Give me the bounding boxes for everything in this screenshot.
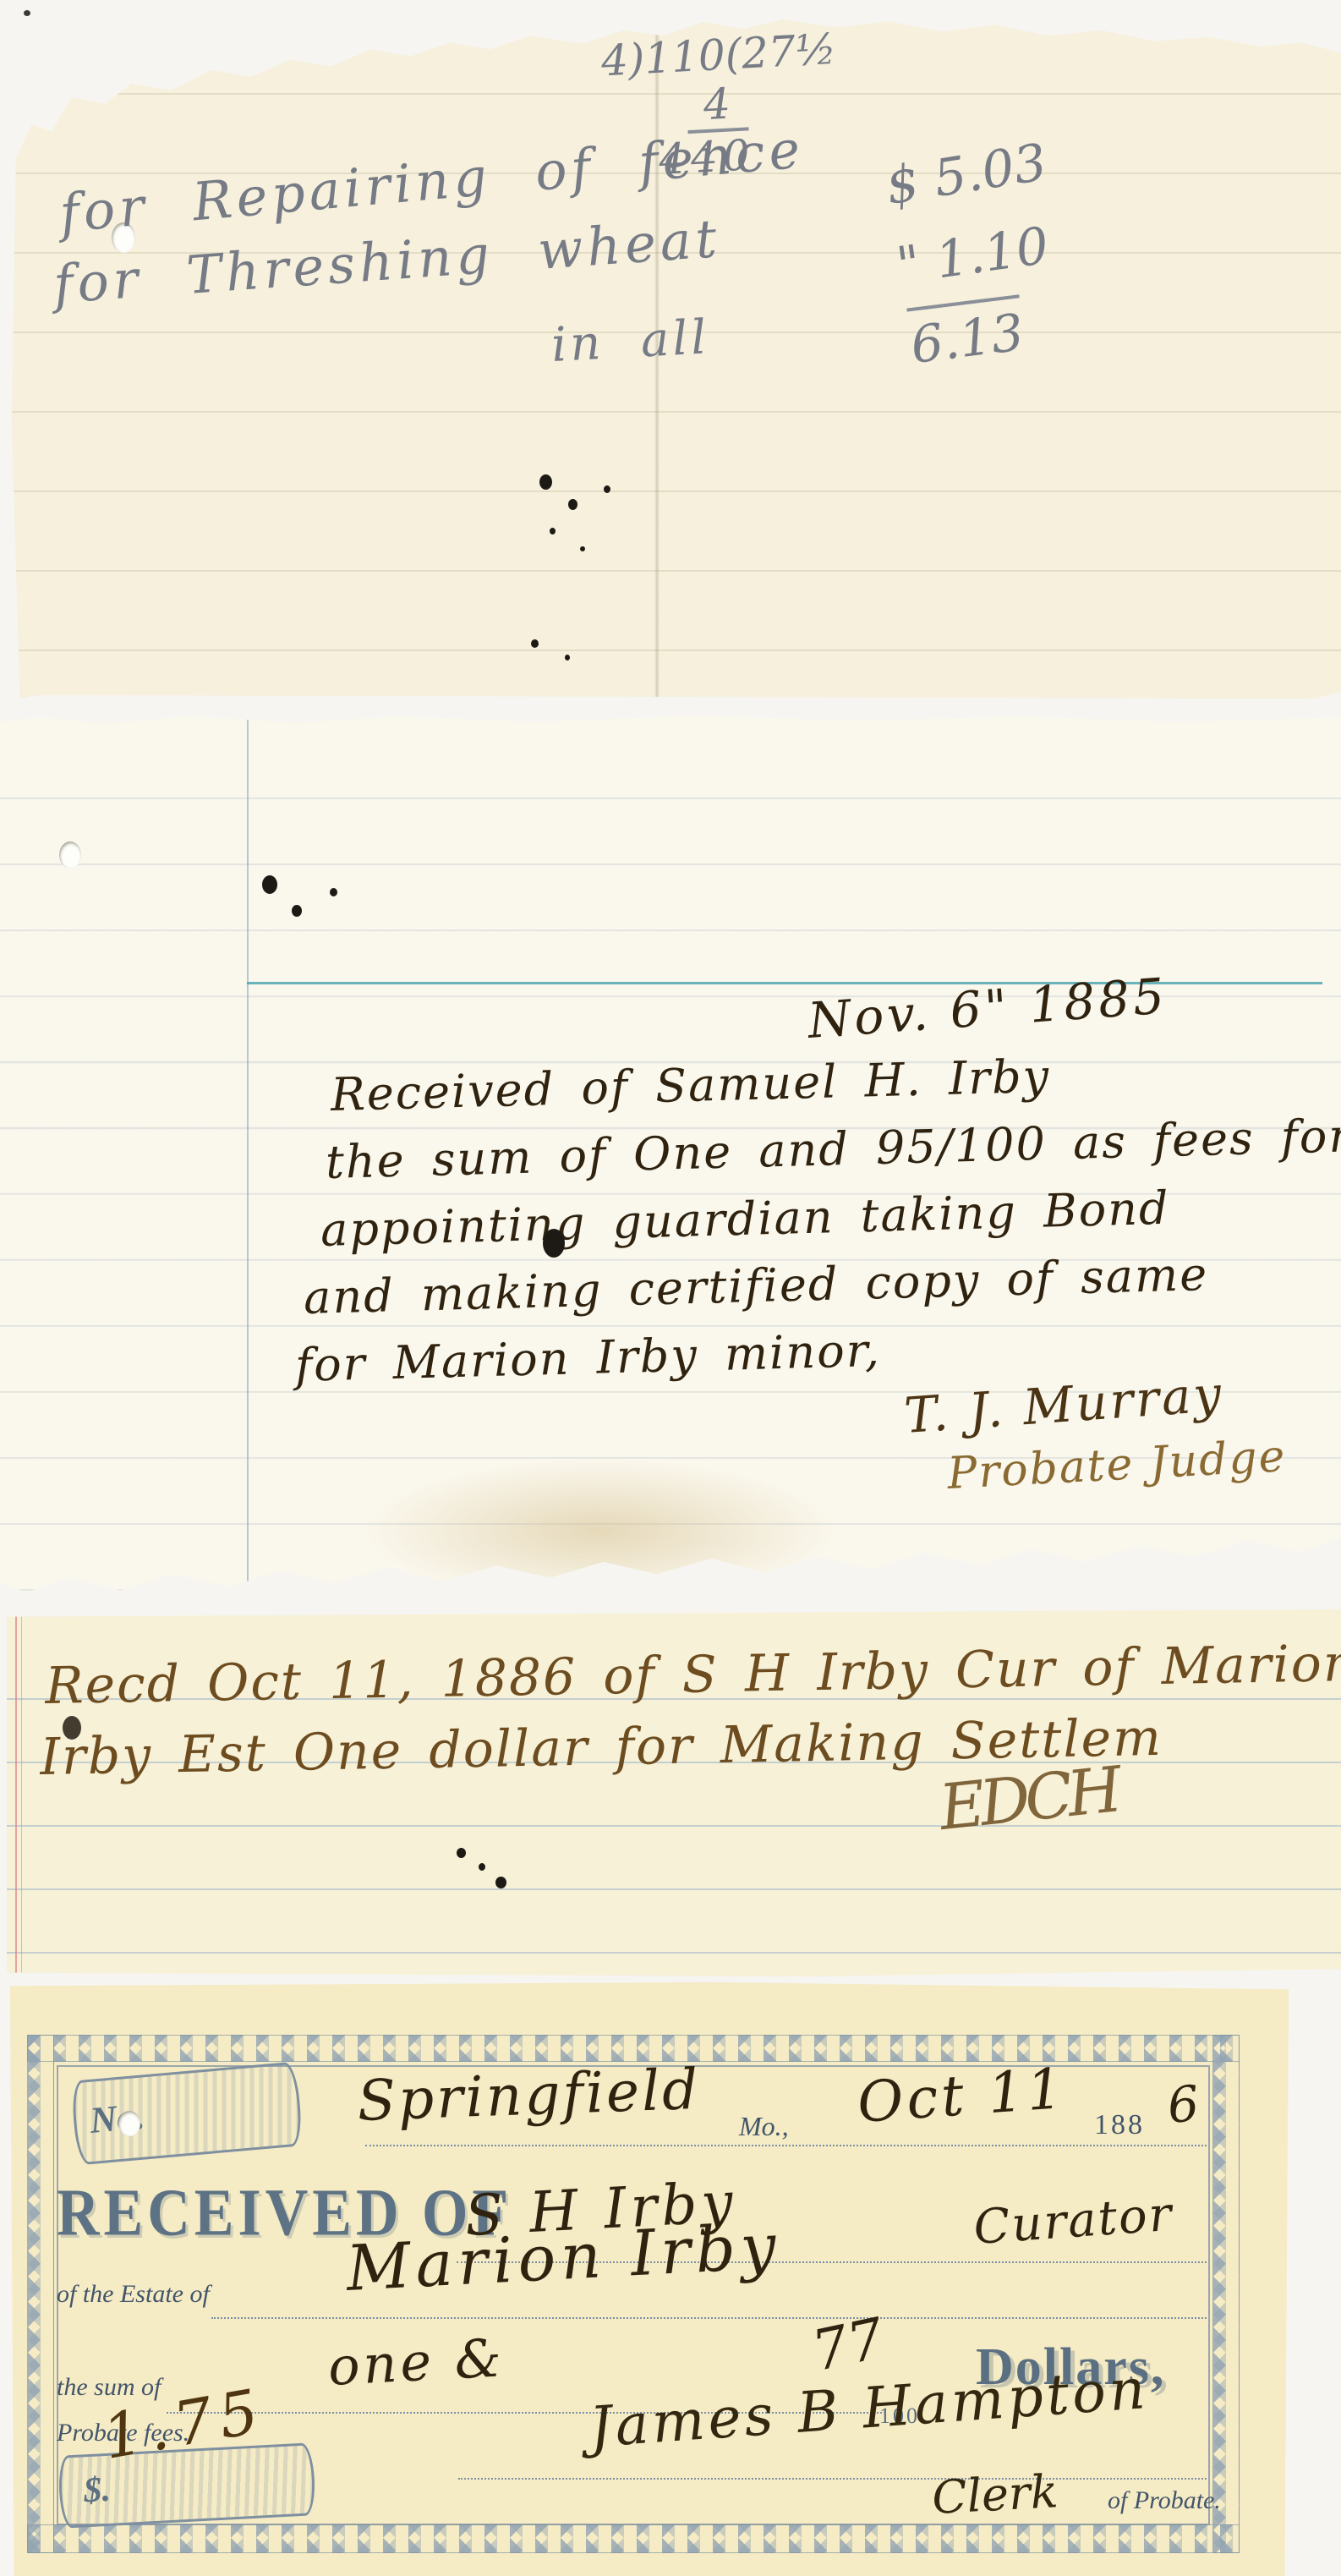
expense-amount-wheat: " 1.10 <box>893 216 1052 296</box>
ink-blot <box>550 528 556 534</box>
total-amount: 6.13 <box>906 294 1026 375</box>
pencil-note-paper: 4)110(27½ 4 440 for Repairing of fence $… <box>12 15 1341 699</box>
ink-blot <box>539 474 552 490</box>
ornamental-border-right <box>1212 2035 1240 2553</box>
clerk-title-handwritten: Clerk <box>931 2464 1059 2524</box>
scanned-documents-page: 4)110(27½ 4 440 for Repairing of fence $… <box>0 0 1341 2576</box>
ink-blot <box>580 546 585 551</box>
receipt-line-2: the sum of One and 95/100 as fees for <box>325 1109 1341 1189</box>
clerk-title-printed: of Probate. <box>1108 2486 1221 2515</box>
ink-blot <box>543 1229 565 1258</box>
receipt-line-5: for Marion Irby minor, <box>294 1324 881 1392</box>
ink-blot <box>479 1863 485 1871</box>
receipt-line-1: Received of Samuel H. Irby <box>330 1050 1051 1121</box>
paper-stain <box>364 1459 837 1603</box>
note-line-1: Recd Oct 11, 1886 of S H Irby Cur of Mar… <box>45 1634 1341 1716</box>
ornamental-border-left <box>27 2035 54 2553</box>
punch-hole <box>59 841 81 869</box>
ink-blot <box>495 1877 506 1888</box>
year-digit-handwritten: 6 <box>1165 2075 1201 2135</box>
ink-blot <box>565 655 570 660</box>
receipt-line-4: and making certified copy of same <box>303 1247 1209 1324</box>
punch-hole <box>118 2111 140 2136</box>
receipt-date: Nov. 6" 1885 <box>806 967 1169 1050</box>
receipt-line-3: appointing guardian taking Bond <box>320 1181 1170 1257</box>
amount-words-handwritten: one & <box>326 2327 506 2398</box>
expense-amount-fence: $ 5.03 <box>882 133 1050 216</box>
ink-blot <box>531 639 539 648</box>
city-handwritten: Springfield <box>356 2057 701 2134</box>
note-1886-paper: Recd Oct 11, 1886 of S H Irby Cur of Mar… <box>7 1609 1341 1976</box>
judge-title: Probate Judge <box>946 1431 1288 1499</box>
currency-label: $. <box>83 2469 112 2512</box>
ink-blot <box>457 1848 466 1858</box>
ink-blot <box>604 485 610 493</box>
ink-blot <box>292 905 302 917</box>
ledger-margin-line <box>247 715 249 1601</box>
date-fill-line <box>365 2145 1207 2146</box>
estate-label: of the Estate of <box>57 2280 210 2309</box>
estate-fill-line <box>211 2317 1207 2319</box>
year-printed: 188 <box>1094 2109 1145 2141</box>
total-label: in all <box>550 310 711 373</box>
ink-blot <box>330 888 337 896</box>
printed-receipt-paper: No. Springfield Mo., Oct 11 188 6 RECEIV… <box>10 1982 1289 2576</box>
ink-blot <box>262 875 277 894</box>
state-printed: Mo., <box>739 2111 789 2142</box>
signature-fill-line <box>458 2478 1207 2480</box>
margin-line-pink <box>21 1609 22 1976</box>
judge-signature: T. J. Murray <box>902 1365 1225 1444</box>
margin-line-pink <box>15 1609 17 1976</box>
ink-blot <box>568 499 577 510</box>
ornamental-border-bottom <box>27 2524 1240 2553</box>
receipt-1885-paper: Nov. 6" 1885 Received of Samuel H. Irby … <box>0 715 1341 1601</box>
scan-speck <box>24 10 30 16</box>
division-expression: 4)110(27½ <box>600 25 838 85</box>
